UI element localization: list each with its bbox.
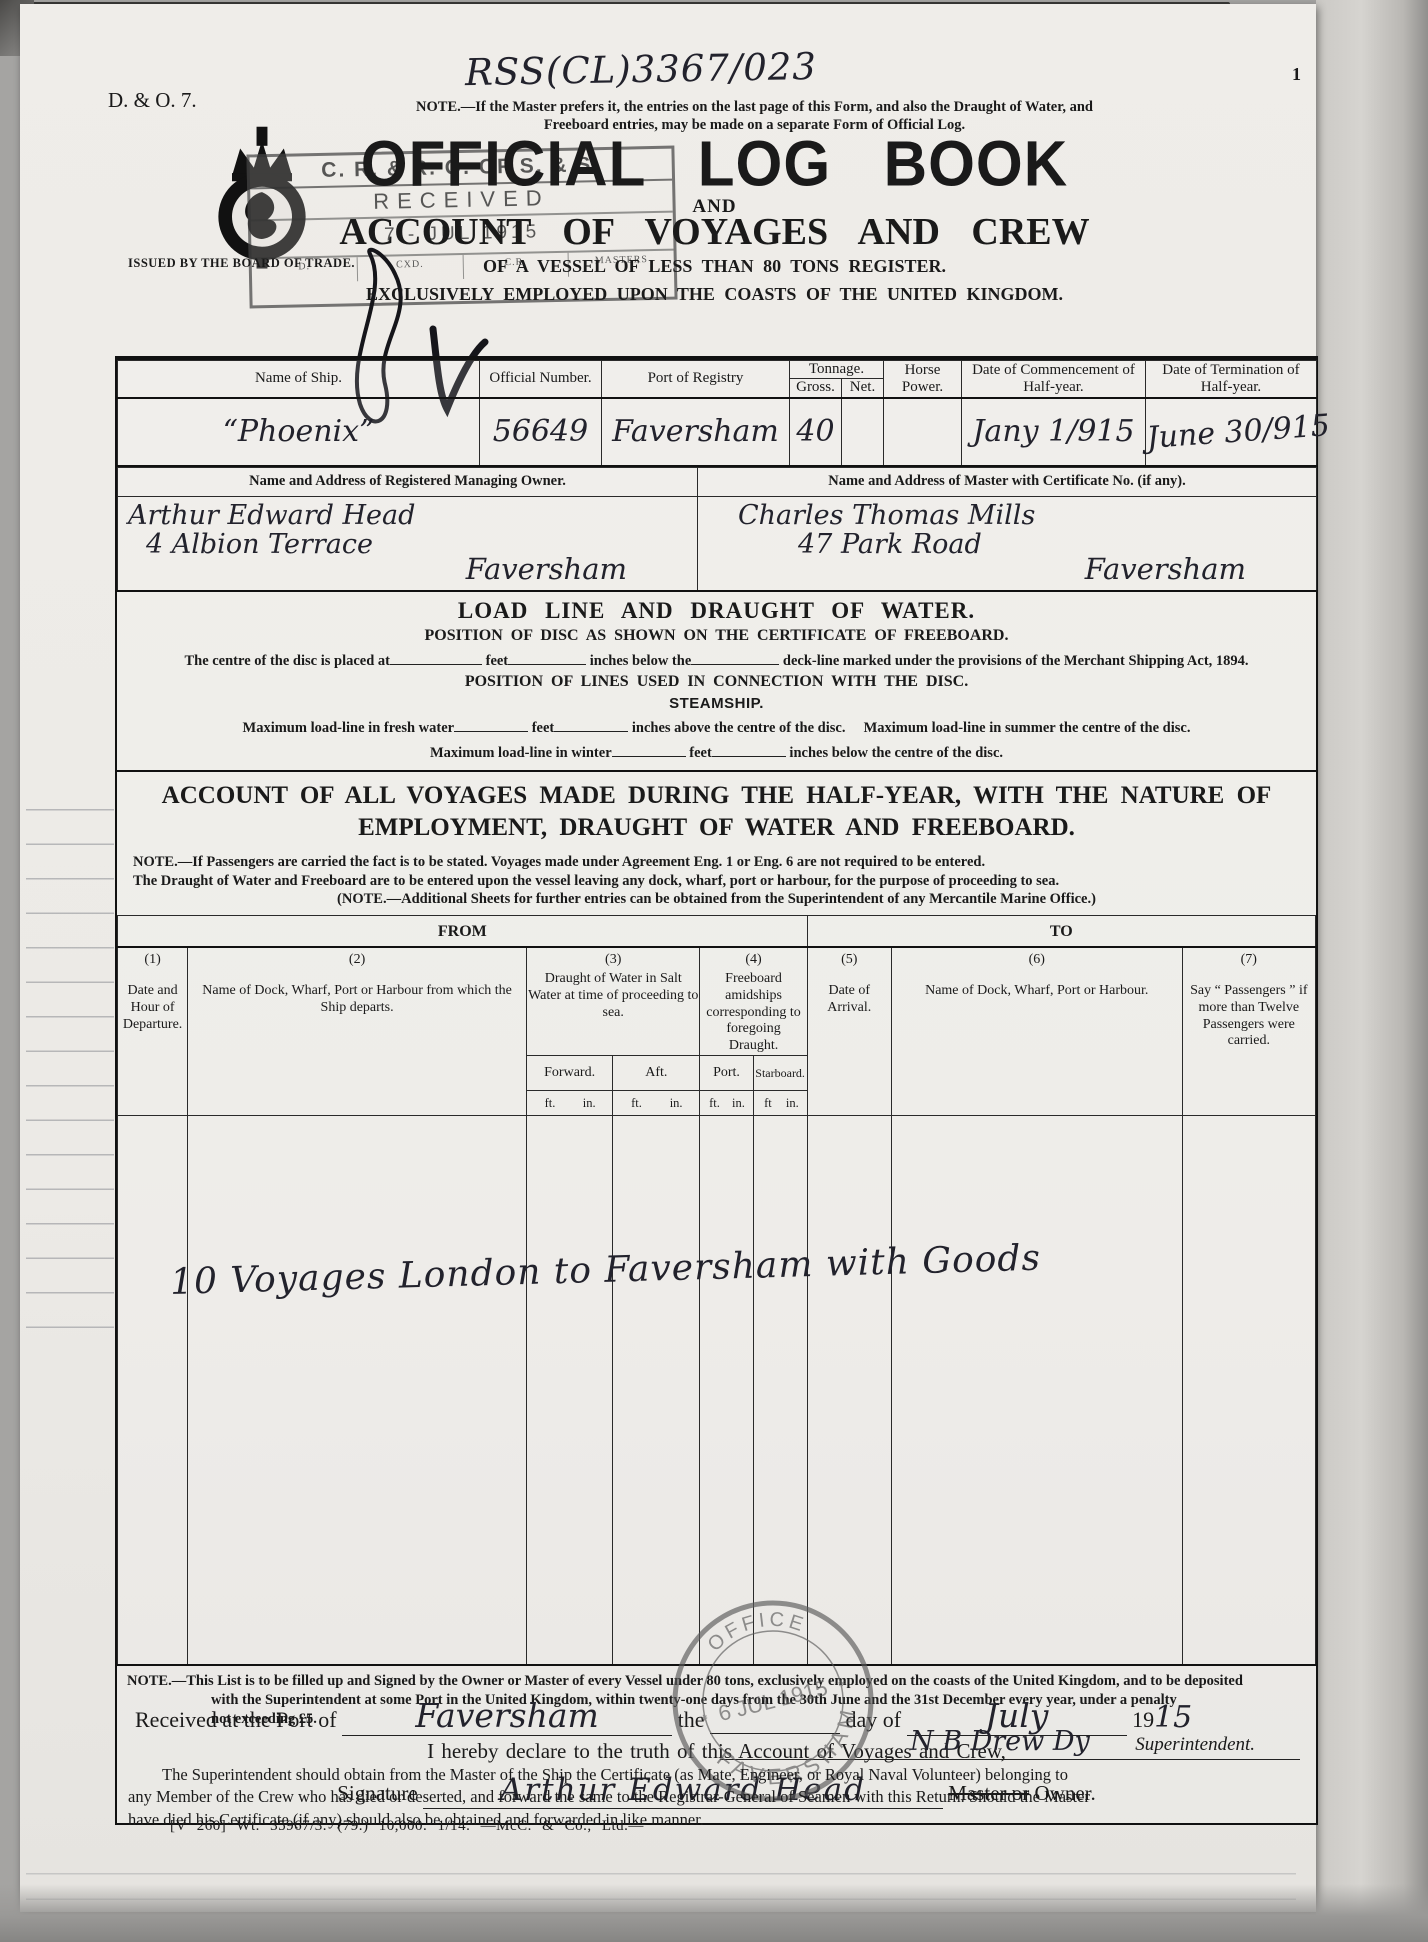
col4-header: (4) Freeboard amidships corresponding to… xyxy=(700,947,807,1055)
voyage-cell-empty xyxy=(700,1116,753,1666)
commencement-value: Jany 1/915 xyxy=(962,398,1146,466)
superintendent-signature: N B Drew Dy xyxy=(910,1726,1090,1757)
gross-tonnage-value: 40 xyxy=(790,398,842,466)
centre-text-4: deck-line marked under the provisions of… xyxy=(783,653,1249,669)
supt-para-line2: any Member of the Crew who has died or d… xyxy=(128,1786,1320,1808)
to-band: TO xyxy=(807,916,1315,948)
hdr-port-of-registry: Port of Registry xyxy=(602,361,790,398)
hdr-commencement: Date of Commencement of Half-year. xyxy=(962,361,1146,398)
account-note2: The Draught of Water and Freeboard are t… xyxy=(133,872,1300,891)
stamp-star-left: * xyxy=(699,1711,711,1729)
ship-name-value: “Phoenix” xyxy=(118,398,480,466)
issued-by: ISSUED BY THE BOARD OF TRADE. xyxy=(128,256,355,271)
form-box: Name of Ship. Official Number. Port of R… xyxy=(115,356,1318,1825)
col5-header: (5) Date of Arrival. xyxy=(807,947,891,1115)
hdr-name-of-ship: Name of Ship. xyxy=(118,361,480,398)
col4-label: Freeboard amidships corresponding to for… xyxy=(706,971,800,1053)
load-line-section: LOAD LINE AND DRAUGHT OF WATER. POSITION… xyxy=(117,592,1316,772)
winter-text-2: feet xyxy=(689,745,712,761)
stamp-date-text: 6 JUL 1915 xyxy=(716,1675,830,1726)
hdr-net: Net. xyxy=(842,379,884,398)
account-heading-section: ACCOUNT OF ALL VOYAGES MADE DURING THE H… xyxy=(117,772,1316,916)
voyage-cell-empty xyxy=(753,1116,807,1666)
fresh-text-4: Maximum load-line in summer the centre o… xyxy=(864,720,1191,736)
forward-subheader: Forward. xyxy=(527,1056,613,1091)
voyage-cell-empty xyxy=(188,1116,527,1666)
ft-label: ft. xyxy=(703,1096,727,1111)
steamship-label: STEAMSHIP. xyxy=(125,695,1308,712)
archive-reference-number: RSS(CL)3367/023 xyxy=(465,45,818,94)
hdr-gross: Gross. xyxy=(790,379,842,398)
scanned-log-book-page: RSS(CL)3367/023 1 D. & O. 7. NOTE.—If th… xyxy=(0,0,1428,1942)
col6-number: (6) xyxy=(892,952,1182,969)
stamp-star-right: * xyxy=(837,1677,849,1695)
top-note-line1: NOTE.—If the Master prefers it, the entr… xyxy=(416,99,1093,115)
underlying-ruled-page xyxy=(26,776,114,1328)
voyage-cell-empty xyxy=(527,1116,613,1666)
received-port-value: Faversham xyxy=(415,1696,598,1735)
superintendent-label: Superintendent. xyxy=(1135,1734,1255,1755)
owner-handwriting: Arthur Edward Head 4 Albion Terrace Fave… xyxy=(118,497,697,590)
account-note3: (NOTE.—Additional Sheets for further ent… xyxy=(133,890,1300,909)
disc-position-subtitle: POSITION OF DISC AS SHOWN ON THE CERTIFI… xyxy=(125,627,1308,645)
centre-text-3: inches below the xyxy=(590,653,692,669)
hdr-master: Name and Address of Master with Certific… xyxy=(698,467,1317,496)
voyage-cell-empty xyxy=(891,1116,1182,1666)
page-number: 1 xyxy=(1292,64,1301,85)
hdr-termination: Date of Termination of Half-year. xyxy=(1146,361,1317,398)
aft-subheader: Aft. xyxy=(613,1056,700,1091)
horse-power-value xyxy=(884,398,962,466)
print-footer: [V 260] Wt. 35967/3. (79.) 10,000. 1/14.… xyxy=(170,1818,644,1835)
ft-label: ft. xyxy=(530,1096,569,1111)
ftin-aft: ft.in. xyxy=(613,1091,700,1116)
received-pre: Received at the Port of xyxy=(135,1707,337,1732)
master-handwriting: Charles Thomas Mills 47 Park Road Favers… xyxy=(698,497,1316,590)
official-number-value: 56649 xyxy=(480,398,602,466)
winter-line: Maximum load-line in winter feet inches … xyxy=(125,742,1308,762)
col7-number: (7) xyxy=(1183,952,1315,969)
lines-position-subtitle: POSITION OF LINES USED IN CONNECTION WIT… xyxy=(125,673,1308,691)
from-band: FROM xyxy=(118,916,808,948)
col6-label: Name of Dock, Wharf, Port or Harbour. xyxy=(925,983,1148,998)
col7-header: (7) Say “ Passengers ” if more than Twel… xyxy=(1182,947,1315,1115)
col3-number: (3) xyxy=(527,952,699,969)
master-name: Charles Thomas Mills xyxy=(708,501,1306,531)
document-paper: RSS(CL)3367/023 1 D. & O. 7. NOTE.—If th… xyxy=(20,4,1316,1912)
winter-text-1: Maximum load-line in winter xyxy=(430,745,612,761)
account-heading-line2: EMPLOYMENT, DRAUGHT OF WATER AND FREEBOA… xyxy=(358,814,1075,841)
ship-details-table: Name of Ship. Official Number. Port of R… xyxy=(117,360,1317,467)
account-heading: ACCOUNT OF ALL VOYAGES MADE DURING THE H… xyxy=(127,780,1306,845)
hdr-official-number: Official Number. xyxy=(480,361,602,398)
in-label: in. xyxy=(726,1096,750,1111)
col1-header: (1) Date and Hour of Departure. xyxy=(118,947,188,1115)
voyage-cell-empty xyxy=(1182,1116,1315,1666)
subtitle: ACCOUNT OF VOYAGES AND CREW xyxy=(115,210,1314,254)
centre-text-1: The centre of the disc is placed at xyxy=(184,653,390,669)
col6-header: (6) Name of Dock, Wharf, Port or Harbour… xyxy=(891,947,1182,1115)
account-heading-line1: ACCOUNT OF ALL VOYAGES MADE DURING THE H… xyxy=(162,782,1272,809)
main-title: OFFICIAL LOG BOOK xyxy=(103,127,1326,200)
winter-text-3: inches below the centre of the disc. xyxy=(789,745,1003,761)
starboard-subheader: Starboard. xyxy=(753,1056,807,1091)
hdr-horse-power: Horse Power. xyxy=(884,361,962,398)
scan-bottom-edge xyxy=(0,1884,1428,1942)
col1-number: (1) xyxy=(118,952,187,969)
ft-label: ft xyxy=(756,1096,780,1111)
col3-label: Draught of Water in Salt Water at time o… xyxy=(528,971,698,1020)
col2-label: Name of Dock, Wharf, Port or Harbour fro… xyxy=(202,983,512,1015)
in-label: in. xyxy=(570,1096,609,1111)
exclusive-line: EXCLUSIVELY EMPLOYED UPON THE COASTS OF … xyxy=(115,284,1314,305)
col2-number: (2) xyxy=(188,952,526,969)
hdr-managing-owner: Name and Address of Registered Managing … xyxy=(118,467,698,496)
col7-label: Say “ Passengers ” if more than Twelve P… xyxy=(1190,983,1307,1048)
account-note1: NOTE.—If Passengers are carried the fact… xyxy=(133,853,1300,872)
fresh-text-3: inches above the centre of the disc. xyxy=(632,720,846,736)
fresh-water-line: Maximum load-line in fresh water feet in… xyxy=(125,717,1308,737)
col1-label: Date and Hour of Departure. xyxy=(123,983,182,1032)
port-subheader: Port. xyxy=(700,1056,753,1091)
centre-text-2: feet xyxy=(486,653,509,669)
account-notes: NOTE.—If Passengers are carried the fact… xyxy=(127,853,1306,910)
in-label: in. xyxy=(780,1096,804,1111)
col2-header: (2) Name of Dock, Wharf, Port or Harbour… xyxy=(188,947,527,1115)
adjacent-page-edge xyxy=(1316,0,1428,1942)
termination-value: June 30/915 xyxy=(1143,392,1318,472)
net-tonnage-value xyxy=(842,398,884,466)
fresh-text-1: Maximum load-line in fresh water xyxy=(243,720,455,736)
in-label: in. xyxy=(656,1096,696,1111)
ftin-port: ft.in. xyxy=(700,1091,753,1116)
hdr-tonnage: Tonnage. xyxy=(790,361,884,379)
ft-label: ft. xyxy=(617,1096,657,1111)
fresh-text-2: feet xyxy=(532,720,555,736)
port-of-registry-value: Faversham xyxy=(602,398,790,466)
owner-name: Arthur Edward Head xyxy=(128,501,687,531)
ftin-forward: ft.in. xyxy=(527,1091,613,1116)
ftin-starboard: ftin. xyxy=(753,1091,807,1116)
load-line-title: LOAD LINE AND DRAUGHT OF WATER. xyxy=(125,598,1308,624)
col5-number: (5) xyxy=(808,952,891,969)
col3-header: (3) Draught of Water in Salt Water at ti… xyxy=(527,947,700,1055)
voyage-cell-empty xyxy=(613,1116,700,1666)
disc-centre-line: The centre of the disc is placed at feet… xyxy=(125,650,1308,670)
col4-number: (4) xyxy=(700,952,806,969)
supt-para-line1: The Superintendent should obtain from th… xyxy=(128,1764,1320,1786)
owner-master-table: Name and Address of Registered Managing … xyxy=(117,467,1317,592)
col5-label: Date of Arrival. xyxy=(827,983,871,1015)
voyage-cell-empty xyxy=(118,1116,188,1666)
